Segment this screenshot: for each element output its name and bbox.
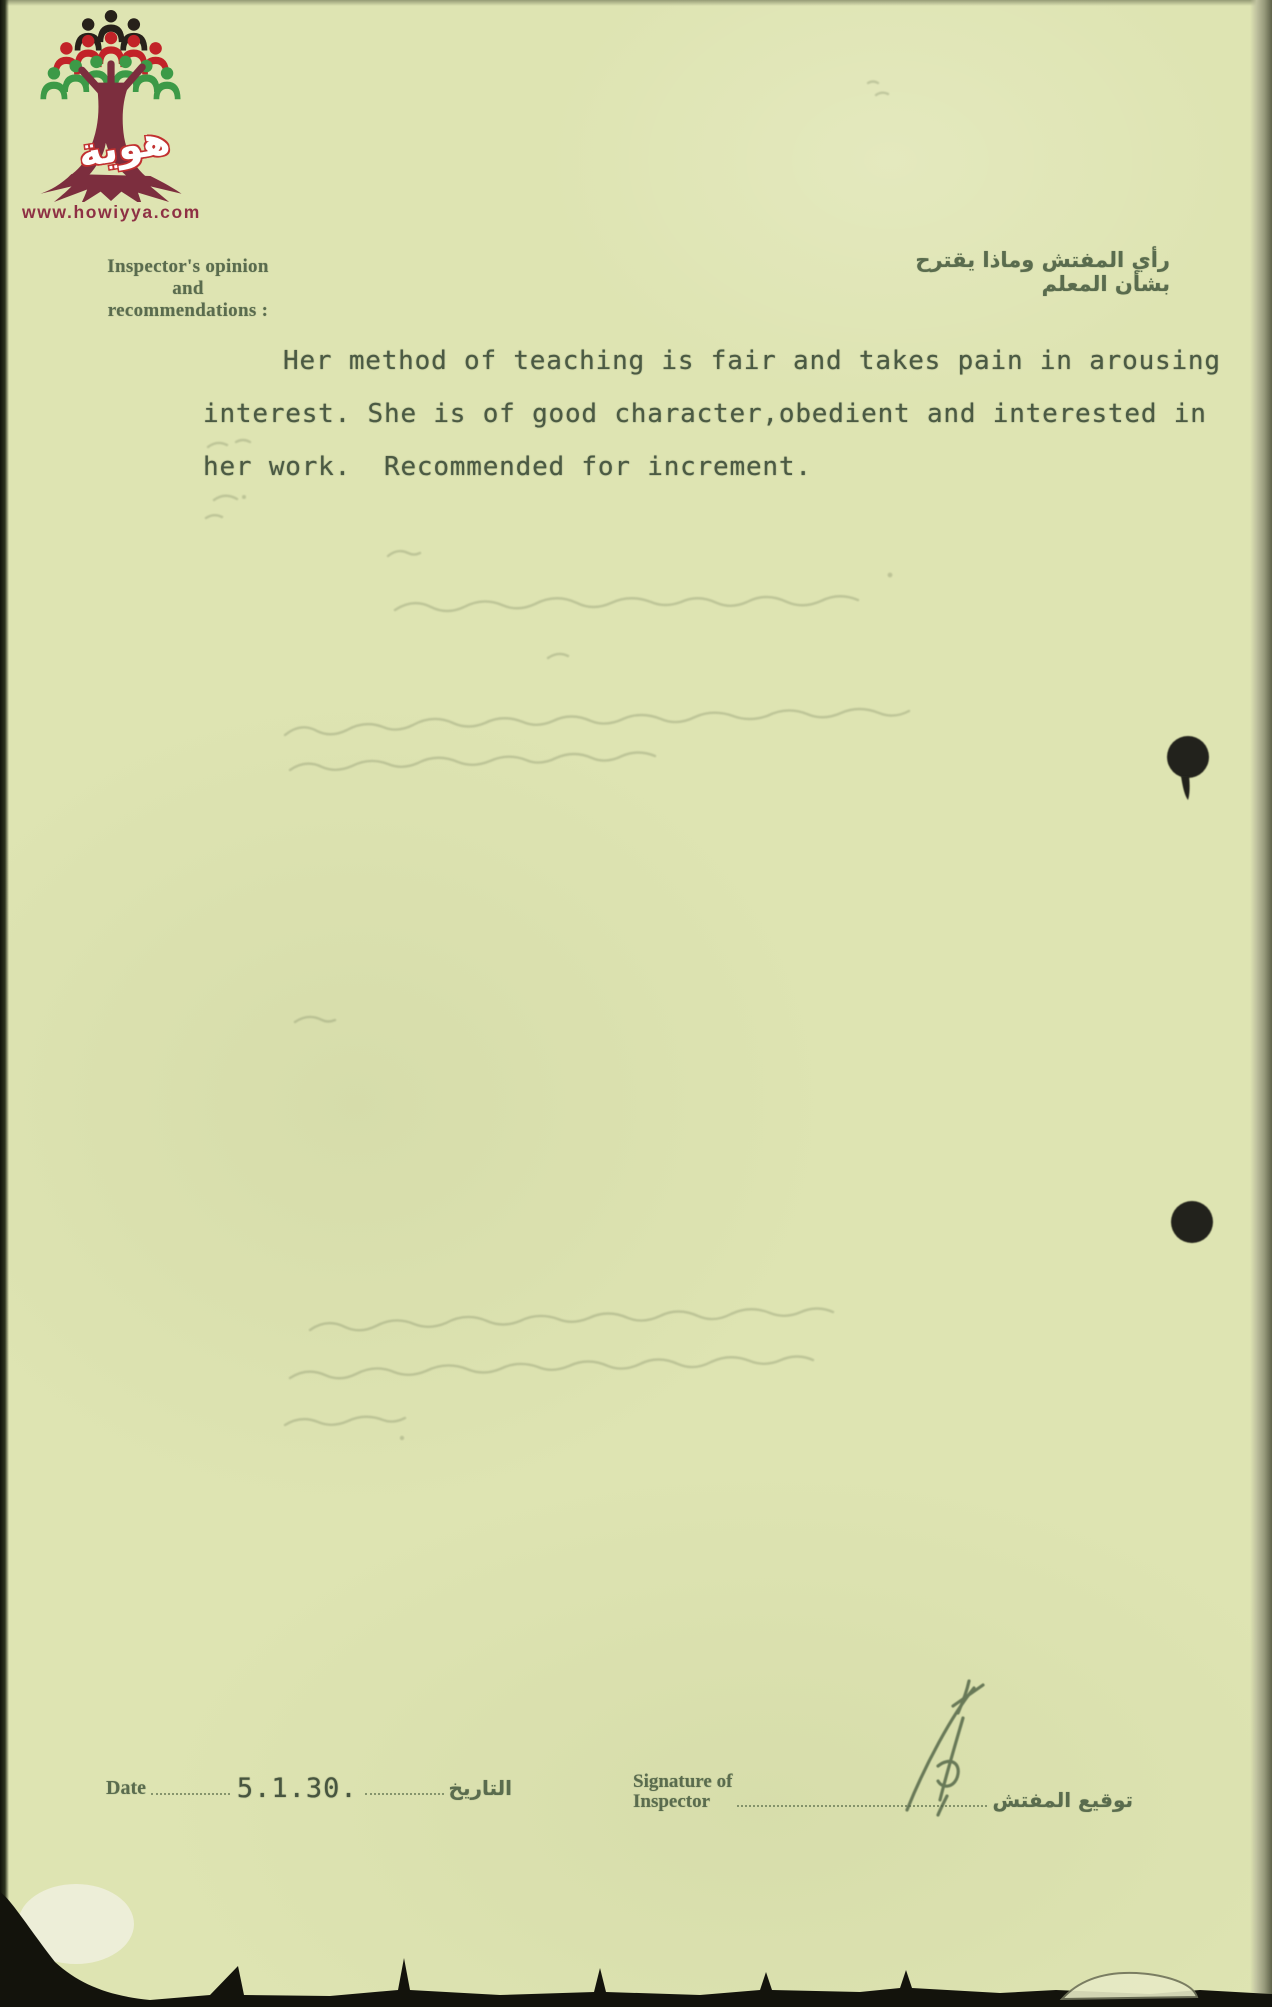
ghost-handwriting	[206, 82, 909, 1441]
signature-dotted-line	[737, 1805, 987, 1807]
scan-edge-left	[0, 0, 9, 2007]
date-dotted-line2	[365, 1793, 444, 1795]
inspector-opinion-label-ar: رأي المفتش وماذا يقترح بشأن المعلم	[876, 248, 1170, 296]
hole-punch-top	[1167, 736, 1209, 800]
inspector-opinion-label-line2: recommendations :	[92, 300, 284, 322]
hole-punch-bottom	[1171, 1201, 1213, 1243]
opinion-typed-line1: Her method of teaching is fair and takes…	[283, 346, 1221, 376]
date-dotted-line	[151, 1793, 230, 1795]
scan-edge-right	[1250, 0, 1272, 2007]
howiyya-tree-icon	[36, 10, 186, 202]
scanned-document-page: هوية www.howiyya.com Inspector's opinion…	[0, 0, 1272, 2007]
logo-website-url: www.howiyya.com	[22, 202, 218, 223]
date-value: 5.1.30.	[237, 1773, 358, 1804]
opinion-typed-line3: her work. Recommended for increment.	[203, 452, 812, 482]
inspector-opinion-label-en: Inspector's opinion and recommendations …	[92, 256, 284, 322]
scan-edge-top	[0, 0, 1272, 6]
scan-bottom-edge	[0, 1884, 1272, 2007]
signature-label-arabic: توقيع المفتش	[992, 1788, 1133, 1812]
footer-signature-row: Signature of Inspector توقيع المفتش	[633, 1760, 1133, 1812]
footer-date-row: Date 5.1.30. التاريخ	[106, 1764, 512, 1800]
date-label-arabic: التاريخ	[449, 1776, 512, 1800]
opinion-typed-line2: interest. She is of good character,obedi…	[203, 399, 1207, 429]
date-label: Date	[106, 1777, 146, 1800]
howiyya-logo: هوية www.howiyya.com	[22, 8, 218, 230]
signature-label: Signature of Inspector	[633, 1772, 732, 1812]
inspector-opinion-label-line1: Inspector's opinion and	[92, 256, 284, 300]
hole-punch-marks	[1167, 736, 1213, 1243]
